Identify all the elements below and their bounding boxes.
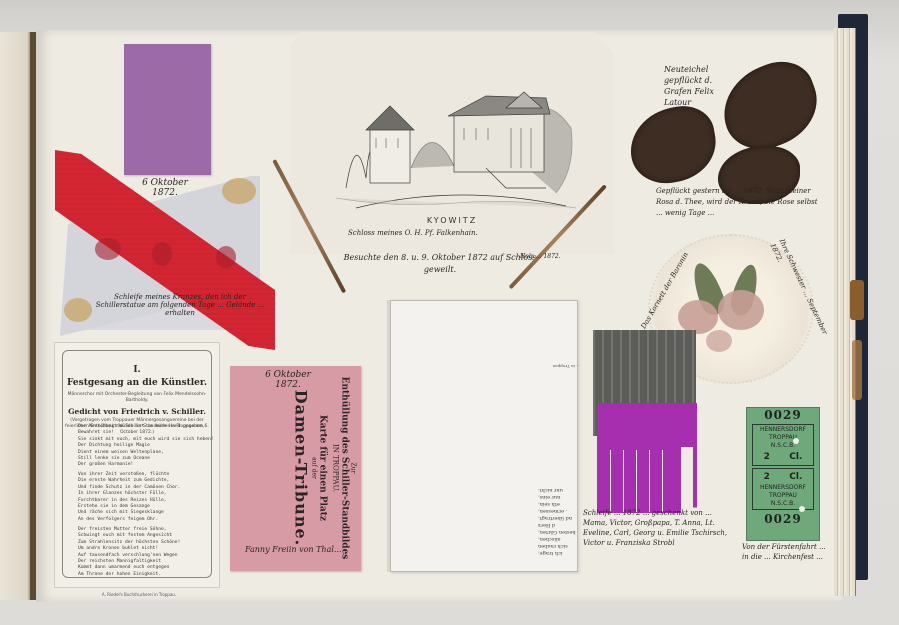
fringe-cut <box>636 450 637 512</box>
handwritten-date: 6 Oktober 1872. <box>258 370 318 390</box>
handwritten-note: Von der Fürstenfahrt ... in die ... Kirc… <box>742 542 832 562</box>
handwritten-note: Schleife meines Kranzes, den ich der Sch… <box>90 293 270 317</box>
punch-hole <box>799 506 805 512</box>
railway-ticket-green: 0029 HENNERSDORF TROPPAU N.S.C.B. 2 Cl. … <box>746 407 820 541</box>
pin-label: Holz ... 1872. <box>520 252 580 262</box>
handwritten-caption: Schloss meines O. H. Pf. Falkenhain. <box>348 228 548 238</box>
ticket-number: 0029 <box>747 408 819 422</box>
fringe-cut <box>662 450 663 512</box>
ticket-route-box: 2 Cl. HENNERSDORF TROPPAU N.S.C.B. <box>752 468 814 510</box>
pressed-flower <box>718 290 764 330</box>
ribbon-spot <box>216 246 236 268</box>
class-number: 2 <box>764 453 770 461</box>
ticket-route-box: HENNERSDORF TROPPAU N.S.C.B. 2 Cl. <box>752 424 814 466</box>
poem-stanza: Der freisten Mutter freie Söhne, Schwing… <box>78 527 208 578</box>
fringe-cut <box>623 450 624 512</box>
inverted-header: ... in Troppau <box>540 364 580 369</box>
ticket-line: Zur <box>350 366 357 571</box>
class-label: Cl. <box>789 473 802 481</box>
class-label: Cl. <box>789 453 802 461</box>
ticket-number: 0029 <box>747 512 819 526</box>
inverted-text: ich trage, sich rauben alischen, hesten … <box>538 486 578 556</box>
ticket-class: 2 Cl. <box>754 453 812 461</box>
ticket-line: Damen-Tribune. <box>292 366 311 571</box>
poem-subtitle: Männerchor mit Orchester-Begleitung von … <box>60 392 214 404</box>
handwritten-date: 6 Oktober 1872. <box>140 178 190 198</box>
ticket-line: IN TROPPAU. <box>332 366 340 571</box>
poem-author: Gedicht von Friedrich v. Schiller. <box>56 407 218 416</box>
ticket-line: Enthüllung des Schiller-Standbildes <box>340 366 350 571</box>
handwritten-note: Gepflückt gestern am ... 1872. Statt mei… <box>656 186 826 219</box>
house-engraving <box>336 68 576 216</box>
pressed-flower <box>678 300 718 334</box>
torn-tab <box>852 340 862 400</box>
ticket-line: auf der <box>311 366 318 571</box>
class-number: 2 <box>764 473 770 481</box>
handwritten-note: Schleife ... 1872 ... geschenkt von ... … <box>583 508 733 548</box>
poem-printer: A. Riedel's Buchdruckerei in Troppau. <box>56 592 222 597</box>
handwritten-note: Neuteichel gepflückt d. Grafen Felix Lat… <box>664 64 734 108</box>
poem-number: I. <box>56 365 218 375</box>
ticket-company: N.S.C.B. <box>754 442 812 450</box>
ticket-route: HENNERSDORF TROPPAU <box>754 484 812 500</box>
fringe-cut <box>610 450 611 512</box>
stain <box>64 298 92 322</box>
ticket-route: HENNERSDORF TROPPAU <box>754 426 812 442</box>
handwritten-signature: Fanny Freiin von Thal... <box>245 545 355 555</box>
left-page-edge <box>0 32 34 600</box>
poem-stanza: Von ihrer Zeit verstoßen, flüchte Die er… <box>78 472 208 523</box>
ticket-line: Karte für einen Platz <box>318 366 328 571</box>
handwritten-note: Besuchte den 8. u. 9. Oktober 1872 auf S… <box>340 252 540 276</box>
fringe-cut <box>649 450 650 512</box>
ticket-text: Zur Enthüllung des Schiller-Standbildes … <box>230 366 361 571</box>
ticket-class: 2 Cl. <box>754 473 812 481</box>
poem-title: Festgesang an die Künstler. <box>56 378 218 388</box>
pressed-flower <box>706 330 732 352</box>
poem-stanza: Der Menschheit Würde ist in eure Hand ge… <box>78 424 208 469</box>
ribbon-spot <box>95 238 121 260</box>
torn-tab <box>850 280 864 320</box>
ribbon-spot <box>152 242 172 266</box>
purple-swatch <box>124 44 211 175</box>
stain <box>222 178 256 204</box>
punch-hole <box>793 438 799 444</box>
